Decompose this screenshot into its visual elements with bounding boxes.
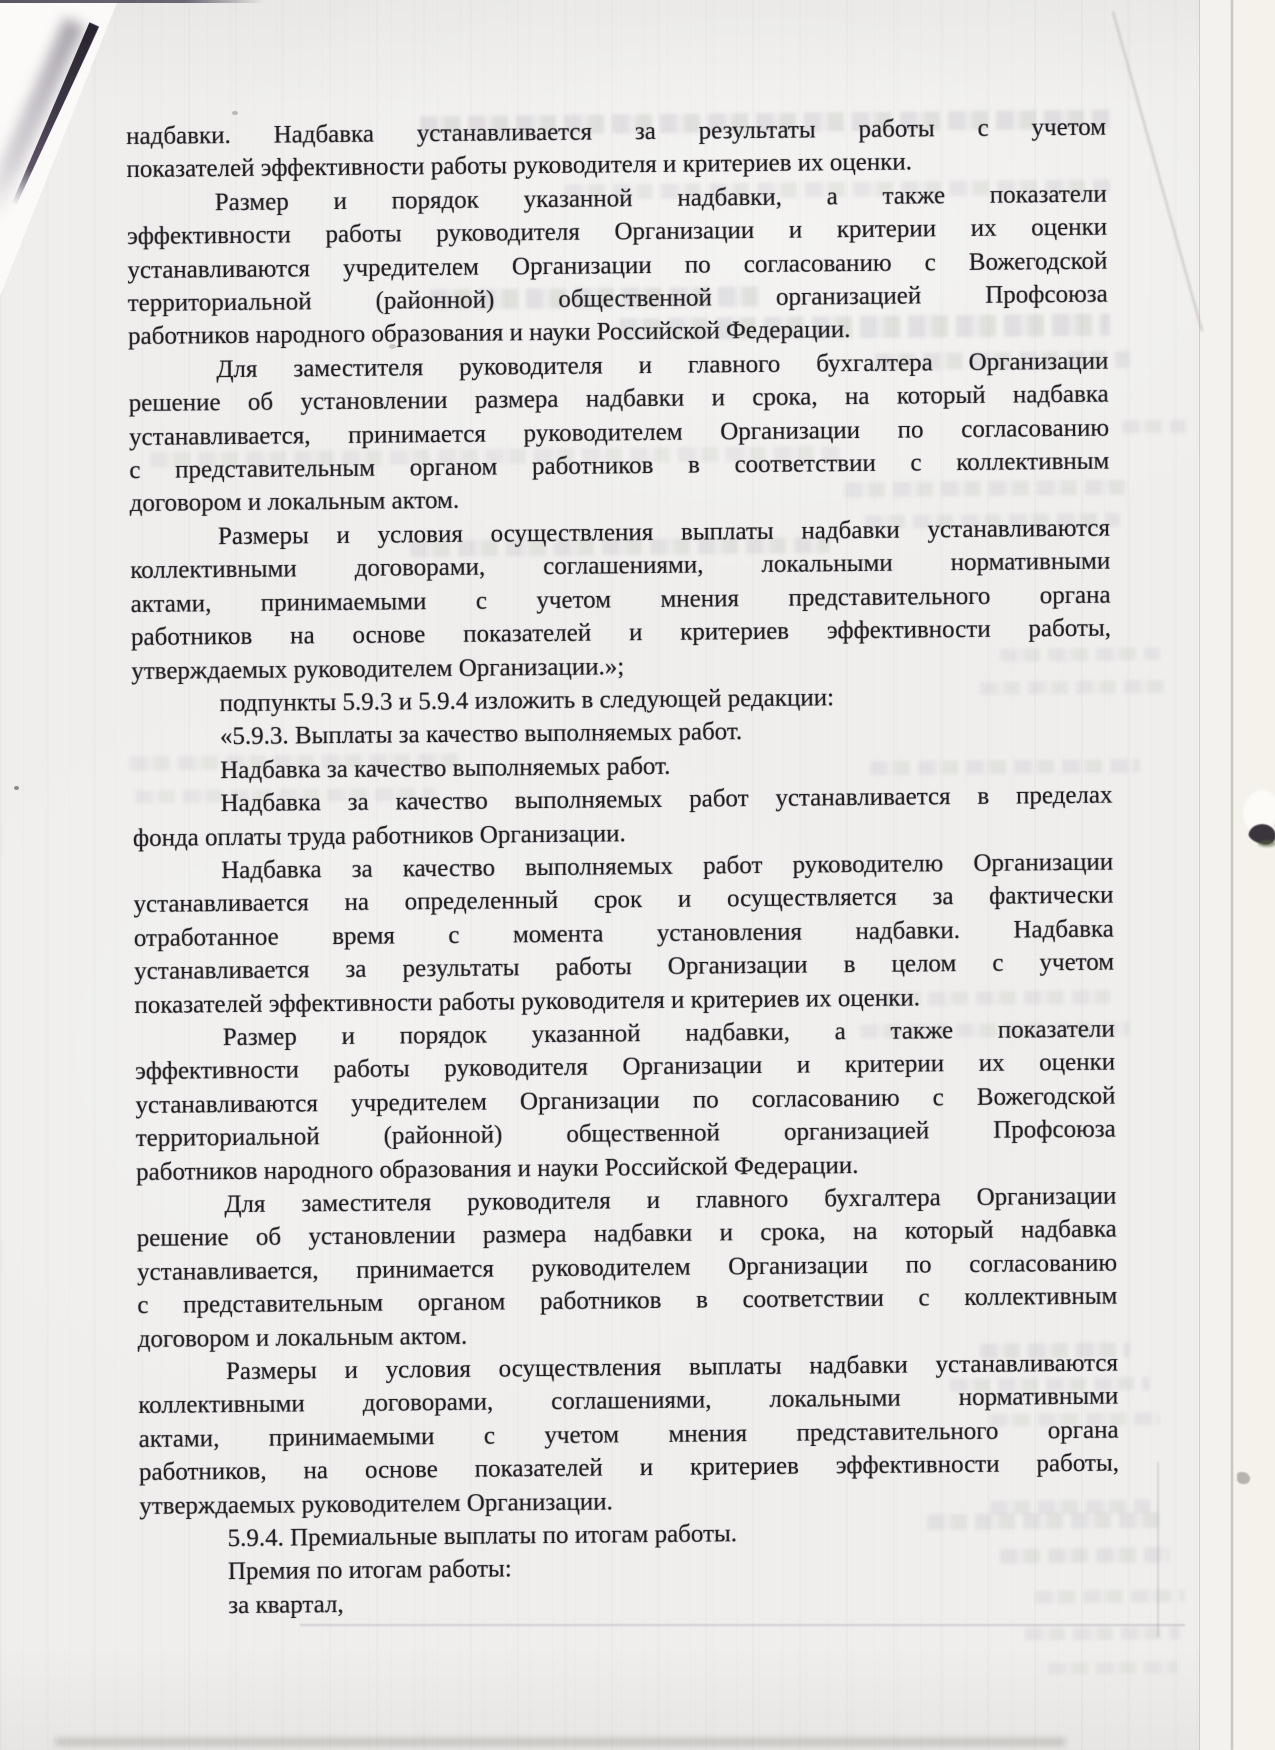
bleedthrough-line [300,1624,1185,1626]
scanner-background-strip [1200,0,1275,1750]
page-curl-tinge [1258,840,1275,847]
bleedthrough-smudge [1025,1626,1180,1640]
page-edge-line [1231,0,1233,1750]
scanned-document-page: надбавки. Надбавка устанавливается за ре… [0,0,1275,1750]
paper-crease-line [1112,11,1203,331]
bottom-edge-shadow [55,1738,1065,1746]
bleedthrough-line [1157,1462,1159,1637]
page-edge-faint-line [1199,0,1200,1750]
scan-speck [14,786,19,790]
bleedthrough-smudge [1048,1661,1178,1674]
document-text: надбавки. Надбавка устанавливается за ре… [126,111,1120,1624]
top-edge-line [0,0,264,3]
bleedthrough-smudge [1122,420,1186,434]
scan-speck [232,111,238,115]
